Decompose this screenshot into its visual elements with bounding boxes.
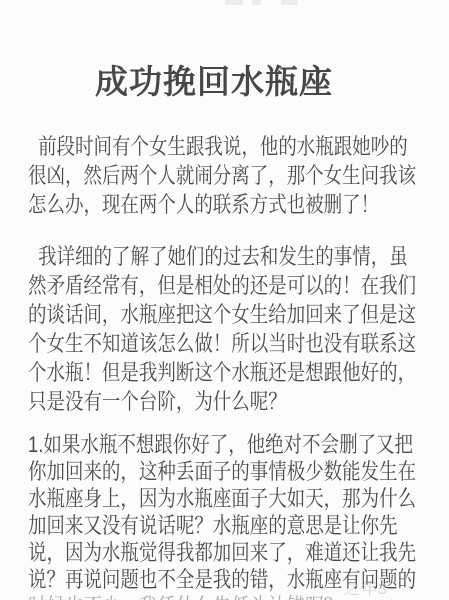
text-line: 很凶，然后两个人就闹分离了，那个女生问我该 [28, 161, 449, 190]
text-line: 说，因为水瓶觉得我都加回来了，难道还让我先 [28, 539, 449, 566]
paragraph-3: 1.如果水瓶不想跟你好了，他绝对不会删了又把你加回来的，这种丢面子的事情极少数能… [28, 431, 449, 593]
article-body: 前段时间有个女生跟我说，他的水瓶跟她吵的很凶，然后两个人就闹分离了，那个女生问我… [28, 132, 449, 600]
text-line: 前段时间有个女生跟我说，他的水瓶跟她吵的 [28, 132, 449, 161]
text-line: 我详细的了解了她们的过去和发生的事情，虽 [28, 242, 449, 271]
article-page: 成功挽回水瓶座 前段时间有个女生跟我说，他的水瓶跟她吵的很凶，然后两个人就闹分离… [0, 0, 449, 600]
paragraph-2: 我详细的了解了她们的过去和发生的事情，虽然矛盾经常有，但是相处的还是可以的！在我… [28, 242, 449, 416]
cropped-text-remnant [252, 0, 261, 5]
text-line: 1.如果水瓶不想跟你好了，他绝对不会删了又把 [28, 431, 449, 458]
text-line: 个女生不知道该怎么做！所以当时也没有联系这 [28, 329, 449, 358]
text-line: 只是没有一个台阶，为什么呢？ [28, 387, 449, 416]
text-line: 的谈话间，水瓶座把这个女生给加回来了但是这 [28, 300, 449, 329]
paragraph-1: 前段时间有个女生跟我说，他的水瓶跟她吵的很凶，然后两个人就闹分离了，那个女生问我… [28, 132, 449, 219]
text-line: 然矛盾经常有，但是相处的还是可以的！在我们 [28, 271, 449, 300]
text-line: 你加回来的，这种丢面子的事情极少数能发生在 [28, 458, 449, 485]
page-title: 成功挽回水瓶座 [95, 56, 333, 103]
text-line: 加回来又没有说话呢？水瓶座的意思是让你先 [28, 512, 449, 539]
text-line: 怎么办，现在两个人的联系方式也被删了！ [28, 190, 449, 219]
watermark: 之年3 [344, 576, 388, 599]
cropped-text-remnant [281, 0, 298, 5]
text-line: 水瓶座身上，因为水瓶座面子大如天，那为什么 [28, 485, 449, 512]
cropped-text-remnant [225, 0, 243, 5]
text-line: 个水瓶！但是我判断这个水瓶还是想跟他好的， [28, 358, 449, 387]
